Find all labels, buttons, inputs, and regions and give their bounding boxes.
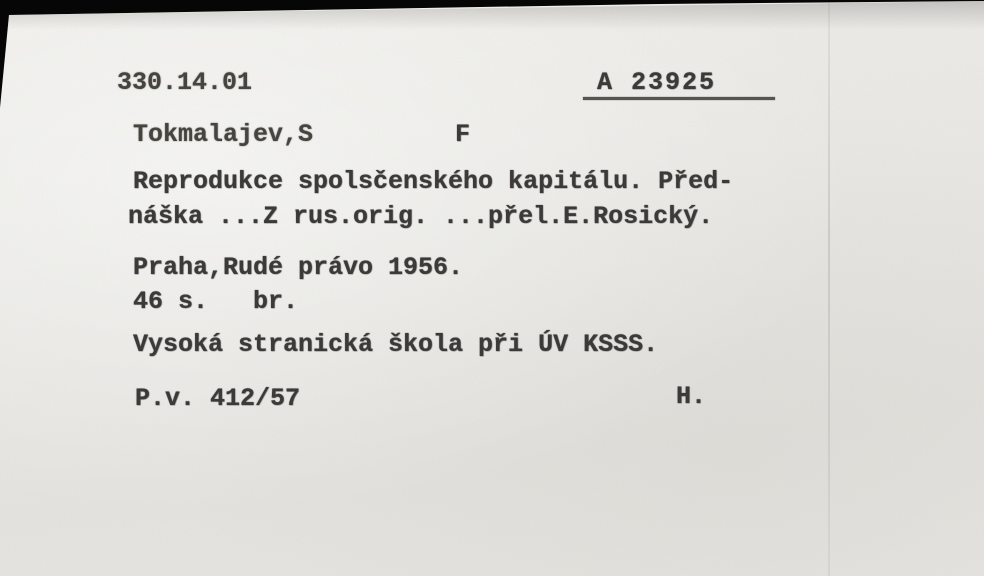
accession-underline xyxy=(583,97,775,100)
title-line-2: náška ...Z rus.orig. ...přel.E.Rosický. xyxy=(128,204,713,229)
scan-background: 330.14.01 A 23925 Tokmalajev,S F Reprodu… xyxy=(0,0,984,576)
format-letter: F xyxy=(455,122,470,147)
classification-number: 330.14.01 xyxy=(117,70,252,95)
card-edge-shadow xyxy=(0,0,984,30)
collation-line: 46 s. br. xyxy=(133,289,298,314)
imprint-line: Praha,Rudé právo 1956. xyxy=(133,255,463,280)
paper-crease-line xyxy=(828,0,830,576)
catalog-card: 330.14.01 A 23925 Tokmalajev,S F Reprodu… xyxy=(0,0,984,576)
cataloguer-initial: H. xyxy=(676,384,706,409)
title-line-1: Reprodukce spolsčenského kapitálu. Před- xyxy=(133,169,733,194)
accession-number: A 23925 xyxy=(597,70,716,95)
record-number: P.v. 412/57 xyxy=(135,386,300,411)
series-line: Vysoká stranická škola při ÚV KSSS. xyxy=(133,332,658,357)
author-line: Tokmalajev,S xyxy=(133,122,313,147)
